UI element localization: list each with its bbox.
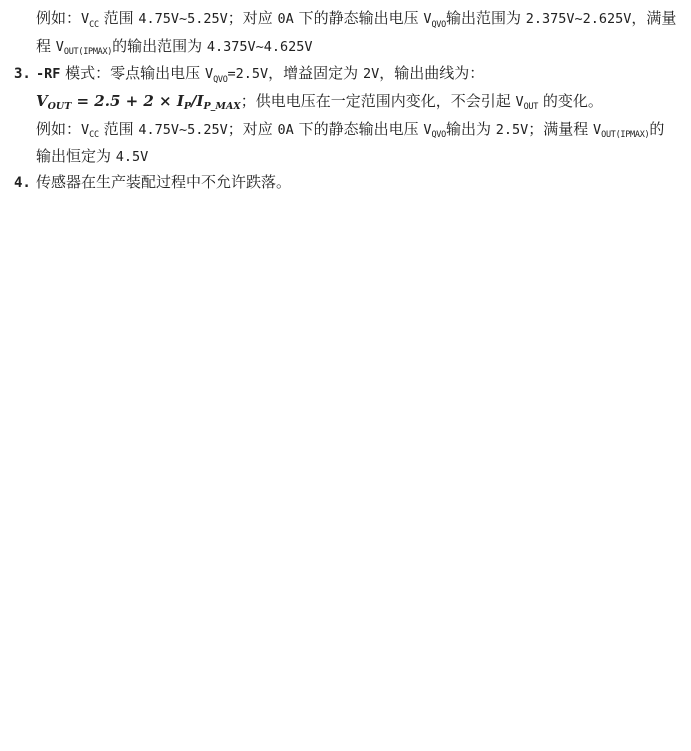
text-segment: 范围 (99, 120, 139, 138)
text-segment: V (205, 66, 213, 82)
text-segment: V (81, 11, 89, 27)
subscript-text: QVO (431, 20, 445, 30)
text-segment: 下的静态输出电压 (294, 120, 424, 138)
text-segment: 下的静态输出电压 (294, 9, 424, 27)
subscript-text: OUT (48, 101, 72, 112)
list-item-3: 3.-RF 模式：零点输出电压 VQVO=2.5V，增益固定为 2V，输出曲线为… (0, 61, 691, 89)
text-segment: 的变化。 (538, 92, 603, 110)
subscript-text: CC (89, 20, 99, 30)
subscript-text: P (184, 101, 191, 112)
list-number: 4. (14, 171, 36, 196)
subscript-text: OUT (524, 102, 538, 112)
subscript-text: CC (89, 130, 99, 140)
text-segment: ；满量程 (528, 120, 593, 138)
text-segment: V (56, 39, 64, 55)
text-segment: 4.75V~5.25V (138, 122, 227, 138)
text-segment: ；对应 (228, 120, 278, 138)
text-segment: 输出恒定为 (36, 147, 116, 165)
text-segment: V (81, 122, 89, 138)
text-segment: V (593, 122, 601, 138)
example-line-4: 输出恒定为 4.5V (0, 144, 691, 170)
text-segment: 程 (36, 37, 56, 55)
text-segment: 模式：零点输出电压 (60, 64, 205, 82)
subscript-text: OUT(IPMAX) (64, 47, 112, 57)
text-segment: 输出范围为 (446, 9, 526, 27)
list-item-4: 4.传感器在生产装配过程中不允许跌落。 (0, 170, 691, 196)
text-segment: ；对应 (228, 9, 278, 27)
document-body: 例如：VCC 范围 4.75V~5.25V；对应 0A 下的静态输出电压 VQV… (0, 6, 691, 196)
subscript-text: QVO (213, 75, 227, 85)
formula-text: /I (191, 92, 204, 110)
text-segment: 2V (363, 66, 379, 82)
text-segment: 2.5V (496, 122, 529, 138)
subscript-text: OUT(IPMAX) (601, 130, 649, 140)
formula-text: = 2.5 + 2 × I (71, 92, 184, 110)
text-segment: ，输出曲线为： (379, 64, 484, 82)
example-line-1: 例如：VCC 范围 4.75V~5.25V；对应 0A 下的静态输出电压 VQV… (0, 6, 691, 34)
text-segment: ；供电电压在一定范围内变化，不会引起 (241, 92, 516, 110)
text-segment: 4.5V (116, 149, 149, 165)
text-segment: 传感器在生产装配过程中不允许跌落。 (36, 173, 291, 191)
text-segment: -RF (36, 66, 60, 82)
list-number: 3. (14, 62, 36, 87)
text-segment: 例如： (36, 120, 81, 138)
text-segment: 4.75V~5.25V (138, 11, 227, 27)
subscript-text: QVO (431, 130, 445, 140)
text-segment: 2.375V~2.625V (526, 11, 632, 27)
text-segment: ，满量 (631, 9, 676, 27)
text-segment: 输出为 (446, 120, 496, 138)
text-segment: V (515, 94, 523, 110)
text-segment: 4.375V~4.625V (207, 39, 313, 55)
text-segment: 的输出范围为 (112, 37, 207, 55)
example-line-2: 程 VOUT(IPMAX)的输出范围为 4.375V~4.625V (0, 34, 691, 62)
text-segment: 的 (649, 120, 664, 138)
text-segment: =2.5V (228, 66, 269, 82)
text-segment: 0A (278, 122, 294, 138)
text-segment: 例如： (36, 9, 81, 27)
subscript-text: P_MAX (204, 101, 241, 112)
text-segment: 0A (278, 11, 294, 27)
formula-line: VOUT = 2.5 + 2 × IP/IP_MAX；供电电压在一定范围内变化，… (0, 89, 691, 117)
formula-text: V (36, 92, 48, 110)
text-segment: ，增益固定为 (268, 64, 363, 82)
text-segment: 范围 (99, 9, 139, 27)
example-line-3: 例如：VCC 范围 4.75V~5.25V；对应 0A 下的静态输出电压 VQV… (0, 117, 691, 145)
